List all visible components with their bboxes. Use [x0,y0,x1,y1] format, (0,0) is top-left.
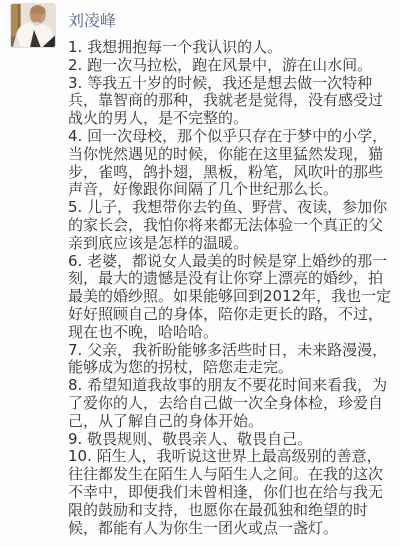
post-item-8: 8. 希望知道我故事的朋友不要花时间来看我，为了爱你的人，去给自己做一次全身体检… [68,377,393,430]
post-content: 1. 我想拥抱每一个我认识的人。 2. 跑一次马拉松，跑在风景中，游在山水间。 … [68,39,393,537]
post-item-10: 10. 陌生人，我听说这世界上最高级别的善意，往往都发生在陌生人与陌生人之间。在… [68,448,393,537]
post-item-6: 6. 老婆，都说女人最美的时候是穿上婚纱的那一刻，最大的遗憾是没有让你穿上漂亮的… [68,253,393,342]
author-name[interactable]: 刘凌峰 [68,11,116,31]
post-item-2: 2. 跑一次马拉松，跑在风景中，游在山水间。 [68,57,393,75]
avatar[interactable] [10,3,56,48]
post-item-1: 1. 我想拥抱每一个我认识的人。 [68,39,393,57]
post-item-9: 9. 敬畏规则、敬畏亲人、敬畏自己。 [68,431,393,449]
avatar-photo-icon [11,4,55,47]
post-item-5: 5. 儿子，我想带你去钓鱼、野营、夜读，参加你的家长会，我怕你将来都无法体验一个… [68,199,393,252]
post-item-3: 3. 等我五十岁的时候，我还是想去做一次特种兵，靠智商的那种，我就老是觉得，没有… [68,75,393,128]
post-item-4: 4. 回一次母校，那个似乎只存在于梦中的小学，当你恍然遇见的时候，你能在这里猛然… [68,128,393,199]
moments-post: 刘凌峰 1. 我想拥抱每一个我认识的人。 2. 跑一次马拉松，跑在风景中，游在山… [0,0,400,547]
post-item-7: 7. 父亲，我祈盼能够多活些时日，未来路漫漫，能够成为您的拐杖，陪您走走完。 [68,342,393,378]
